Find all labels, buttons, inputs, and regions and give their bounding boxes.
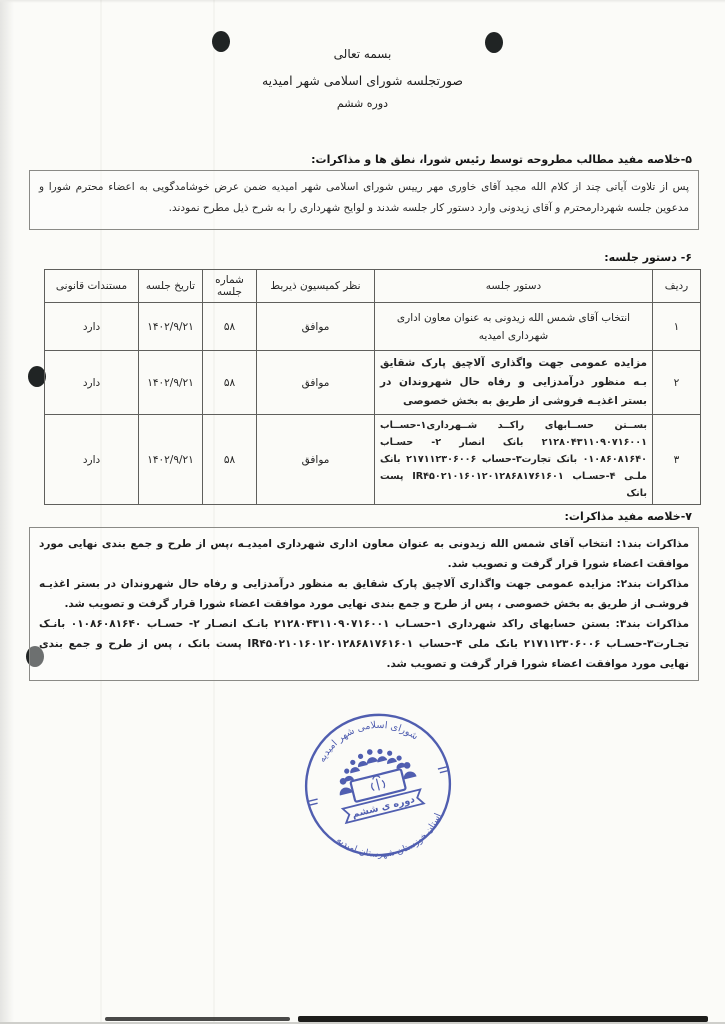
doc-term: دوره ششم	[0, 97, 725, 110]
cell-session-number: ۵۸	[203, 351, 257, 415]
stamp-people-figures	[331, 740, 417, 796]
doc-bismillah: بسمه تعالی	[0, 47, 725, 61]
scan-bottom-strip	[105, 1017, 290, 1021]
paper-fold-line	[213, 0, 215, 1024]
agenda-row: ۱ انتخاب آقای شمس الله زیدونی به عنوان م…	[45, 303, 701, 351]
section5-summary-box: پس از تلاوت آیاتی چند از کلام الله مجید …	[29, 170, 699, 230]
agenda-table: ردیف دستور جلسه نظر کمیسیون ذیربط شماره …	[44, 269, 701, 505]
minutes-item: مذاکرات بند۳: بستن حسابهای راکد شهرداری …	[39, 614, 689, 674]
col-header-row-no: ردیف	[653, 270, 701, 303]
cell-commission-opinion: موافق	[257, 303, 375, 351]
cell-agenda-item: مزایده عمومی جهت واگذاری آلاچیق پارک شقا…	[375, 351, 653, 415]
cell-session-date: ۱۴۰۲/۹/۲۱	[139, 351, 203, 415]
svg-text:استان خوزستان شهرستان امیدیه: استان خوزستان شهرستان امیدیه	[333, 809, 451, 865]
agenda-row: ۲ مزایده عمومی جهت واگذاری آلاچیق پارک ش…	[45, 351, 701, 415]
agenda-heading: ۶- دستور جلسه:	[604, 251, 692, 264]
agenda-row: ۳ بســتن حســابهای راکــد شــهرداری۱-حسـ…	[45, 415, 701, 505]
cell-session-number: ۵۸	[203, 303, 257, 351]
cell-commission-opinion: موافق	[257, 415, 375, 505]
cell-legal-docs: دارد	[45, 415, 139, 505]
stamp-ring-top-text: شورای اسلامی شهر امیدیه	[311, 709, 422, 766]
col-header-session-number: شماره جلسه	[203, 270, 257, 303]
council-stamp: دوره ی ششم شورای اسلامی شهر امیدیه استان…	[292, 707, 464, 865]
cell-session-date: ۱۴۰۲/۹/۲۱	[139, 415, 203, 505]
col-header-session-date: تاریخ جلسه	[139, 270, 203, 303]
cell-legal-docs: دارد	[45, 303, 139, 351]
cell-row-no: ۱	[653, 303, 701, 351]
col-header-agenda-item: دستور جلسه	[375, 270, 653, 303]
minutes-item: مذاکرات بند۱: انتخاب آقای شمس الله زیدون…	[39, 534, 689, 574]
cell-session-date: ۱۴۰۲/۹/۲۱	[139, 303, 203, 351]
col-header-commission-opinion: نظر کمیسیون ذیربط	[257, 270, 375, 303]
section5-heading: ۵-خلاصه مفید مطالب مطروحه توسط رئیس شورا…	[311, 153, 692, 166]
doc-title: صورتجلسه شورای اسلامی شهر امیدیه	[0, 73, 725, 88]
col-header-legal-docs: مستندات قانونی	[45, 270, 139, 303]
section7-heading: ۷-خلاصه مفید مذاکرات:	[565, 510, 693, 523]
cell-legal-docs: دارد	[45, 351, 139, 415]
paper-fold-line	[100, 0, 102, 1024]
cell-session-number: ۵۸	[203, 415, 257, 505]
stamp-emblem	[350, 769, 406, 802]
svg-text:شورای اسلامی شهر امیدیه: شورای اسلامی شهر امیدیه	[311, 709, 422, 766]
scan-bottom-strip	[298, 1016, 708, 1022]
cell-agenda-item: انتخاب آقای شمس الله زیدونی به عنوان معا…	[375, 303, 653, 351]
minutes-box: مذاکرات بند۱: انتخاب آقای شمس الله زیدون…	[29, 527, 699, 681]
agenda-header-row: ردیف دستور جلسه نظر کمیسیون ذیربط شماره …	[45, 270, 701, 303]
cell-commission-opinion: موافق	[257, 351, 375, 415]
minutes-item: مذاکرات بند۲: مزایده عمومی جهت واگذاری آ…	[39, 574, 689, 614]
scan-edge-left	[0, 0, 14, 1024]
scan-edge-top	[0, 0, 725, 3]
scanned-document-page: بسمه تعالی صورتجلسه شورای اسلامی شهر امی…	[0, 0, 725, 1024]
cell-row-no: ۲	[653, 351, 701, 415]
cell-agenda-item: بســتن حســابهای راکــد شــهرداری۱-حســا…	[375, 415, 653, 505]
stamp-ring-bottom-text: استان خوزستان شهرستان امیدیه	[333, 809, 451, 865]
cell-row-no: ۳	[653, 415, 701, 505]
